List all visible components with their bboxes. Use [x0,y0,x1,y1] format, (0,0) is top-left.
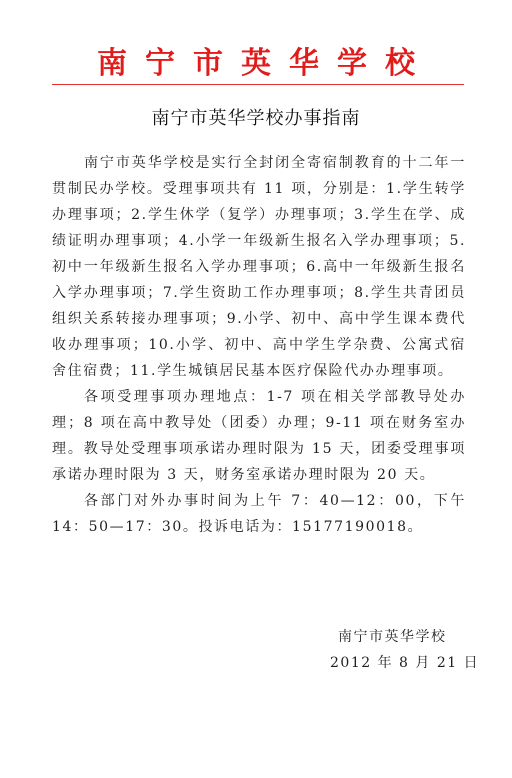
signature-date: 2012 年 8 月 21 日 [330,650,479,676]
signature-block: 南宁市英华学校 2012 年 8 月 21 日 [330,624,479,676]
paragraph-hours: 各部门对外办事时间为上午 7：40—12：00，下午 14：50—17：30。投… [52,488,466,540]
school-letterhead-title: 南宁市英华学校 [0,44,512,84]
paragraph-intro: 南宁市英华学校是实行全封闭全寄宿制教育的十二年一贯制民办学校。受理事项共有 11… [52,150,466,384]
paragraph-locations: 各项受理事项办理地点：1-7 项在相关学部教导处办理；8 项在高中教导处（团委）… [52,384,466,488]
signature-organization: 南宁市英华学校 [330,624,479,650]
document-title: 南宁市英华学校办事指南 [0,104,512,134]
letterhead-divider [52,84,464,85]
document-body: 南宁市英华学校是实行全封闭全寄宿制教育的十二年一贯制民办学校。受理事项共有 11… [52,150,466,540]
